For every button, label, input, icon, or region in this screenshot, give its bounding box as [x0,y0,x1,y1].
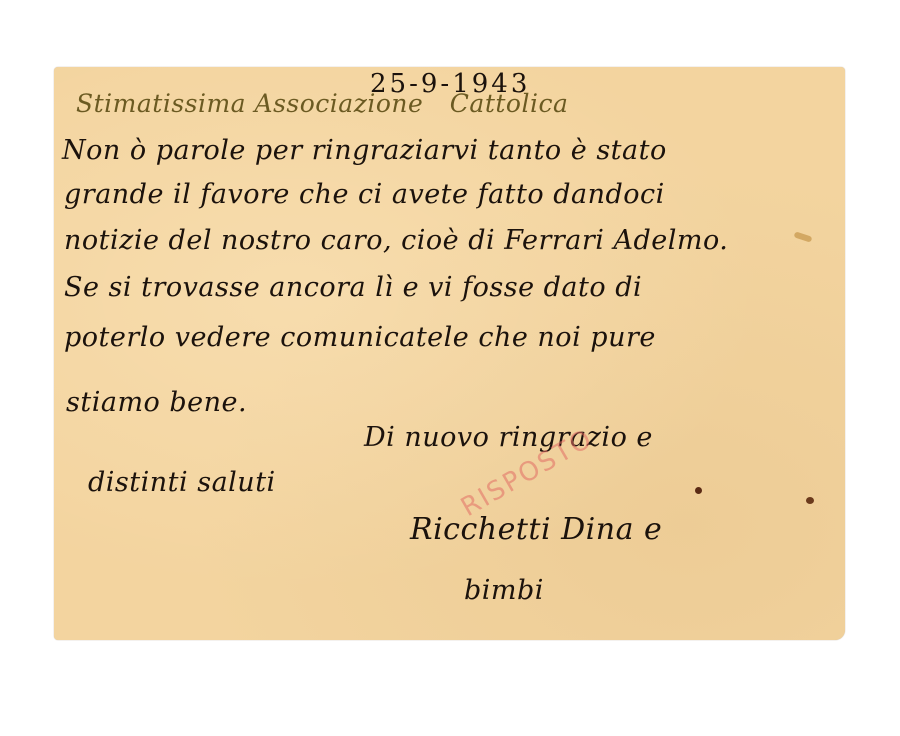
body-line-5: poterlo vedere comunicatele che noi pure [64,322,656,353]
body-line-3: notizie del nostro caro, cioè di Ferrari… [64,225,728,256]
body-line-2: grande il favore che ci avete fatto dand… [64,179,665,210]
signature-line-1: Ricchetti Dina e [410,512,662,547]
body-line-6: stiamo bene. [66,387,247,418]
salutation-part1: Stimatissima Associazione [76,89,423,118]
salutation: Stimatissima Associazione Cattolica [76,89,568,118]
salutation-part2: Cattolica [450,89,569,118]
stain-mark [794,231,813,242]
body-line-4: Se si trovasse ancora lì e vi fosse dato… [64,272,642,303]
closing-line-1: Di nuovo ringrazio e [364,422,653,453]
closing-line-2: distinti saluti [88,467,276,498]
body-line-1: Non ò parole per ringraziarvi tanto è st… [62,135,667,166]
signature-line-2: bimbi [464,575,544,606]
ink-spot [695,487,702,494]
postcard: 25-9-1943 Stimatissima Associazione Catt… [54,67,845,640]
ink-spot [806,497,814,504]
